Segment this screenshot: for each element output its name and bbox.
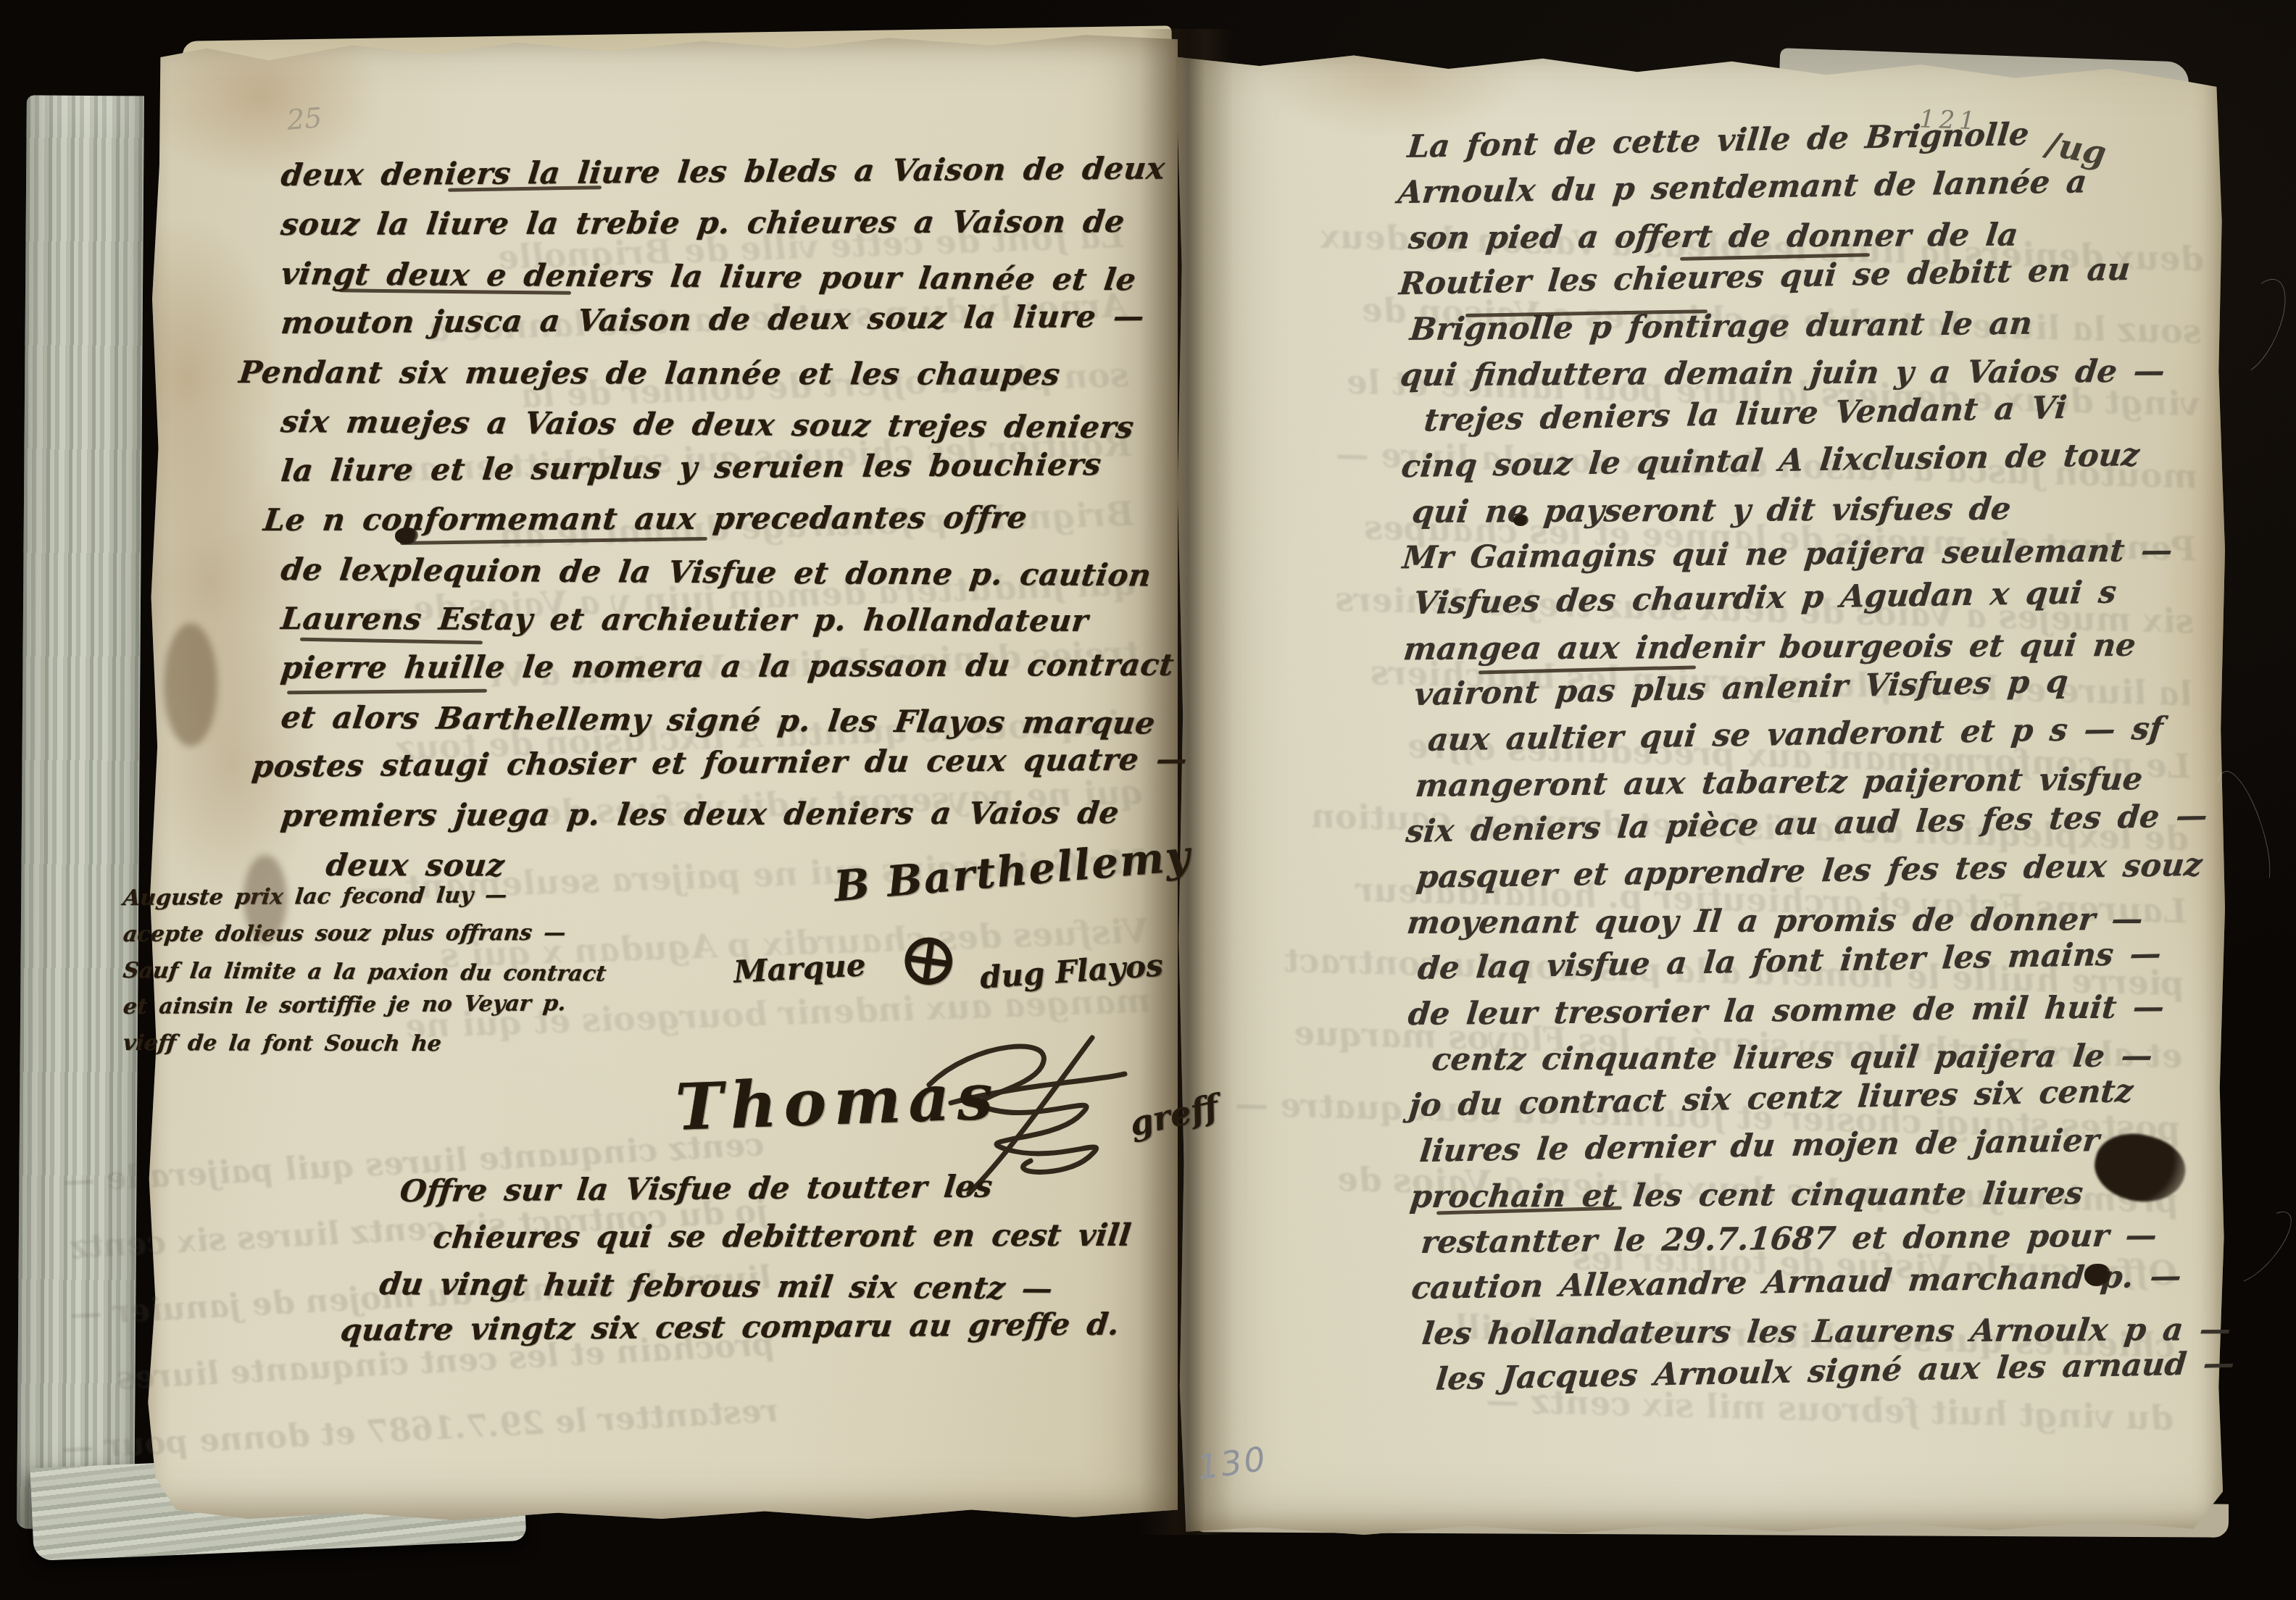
left-page-main-text: deux deniers la liure les bleds a Vaison… [281, 151, 1173, 890]
manuscript-line: premiers juega p. les deux deniers a Vai… [278, 788, 1176, 841]
manuscript-line: quatre vingtz six cest comparu au greffe… [338, 1301, 1134, 1354]
manuscript-book-scan: La font de cette ville de Brignolle Arno… [0, 0, 2296, 1600]
manuscript-line: chieures qui se debitteront en cest vill [430, 1212, 1134, 1261]
left-page-margin-note: Auguste prix lac fecond luy — acepte dol… [123, 880, 607, 1062]
manuscript-line: Auguste prix lac fecond luy — [121, 877, 608, 917]
manuscript-line: Brignolle p fontirage durant le an [1407, 299, 2253, 353]
ghost-folio-number: 25 [286, 101, 323, 136]
marque-cross-circle-symbol: ⊕ [891, 911, 966, 1007]
manuscript-line: de leur tresorier la somme de mil huit — [1406, 984, 2261, 1038]
marque-word: Marque [733, 947, 867, 989]
manuscript-line: Pendant six muejes de lannée et les chau… [236, 348, 1175, 399]
left-page-bottom-text: Offre sur la Visfue de toutter les chieu… [400, 1168, 1131, 1354]
manuscript-line: Laurens Estay et archieutier p. hollanda… [278, 594, 1175, 646]
manuscript-line: acepte dolieus souz plus offrans — [121, 915, 609, 953]
manuscript-line: souz la liure la trebie p. chieures a Va… [278, 197, 1176, 249]
stain-smudge [164, 623, 217, 746]
manuscript-line: la liure et le surplus y seruien les bou… [278, 439, 1176, 496]
manuscript-line: vieff de la font Souch he [121, 1025, 608, 1063]
manuscript-line: postes staugi chosier et fournier du ceu… [249, 735, 1176, 791]
stain-smudge [244, 855, 287, 942]
manuscript-line: de lexplequion de la Visfue et donne p. … [278, 545, 1176, 601]
manuscript-line: Offre sur la Visfue de toutter les [398, 1162, 1134, 1214]
manuscript-line: pierre huille le nomera a la passaon du … [278, 641, 1176, 693]
manuscript-line: mouton jusca a Vaison de deux souz la li… [278, 291, 1176, 348]
manuscript-line: et ainsin le sortiffie je no Veyar p. [121, 986, 608, 1025]
manuscript-line: deux deniers la liure les bleds a Vaison… [278, 143, 1176, 200]
